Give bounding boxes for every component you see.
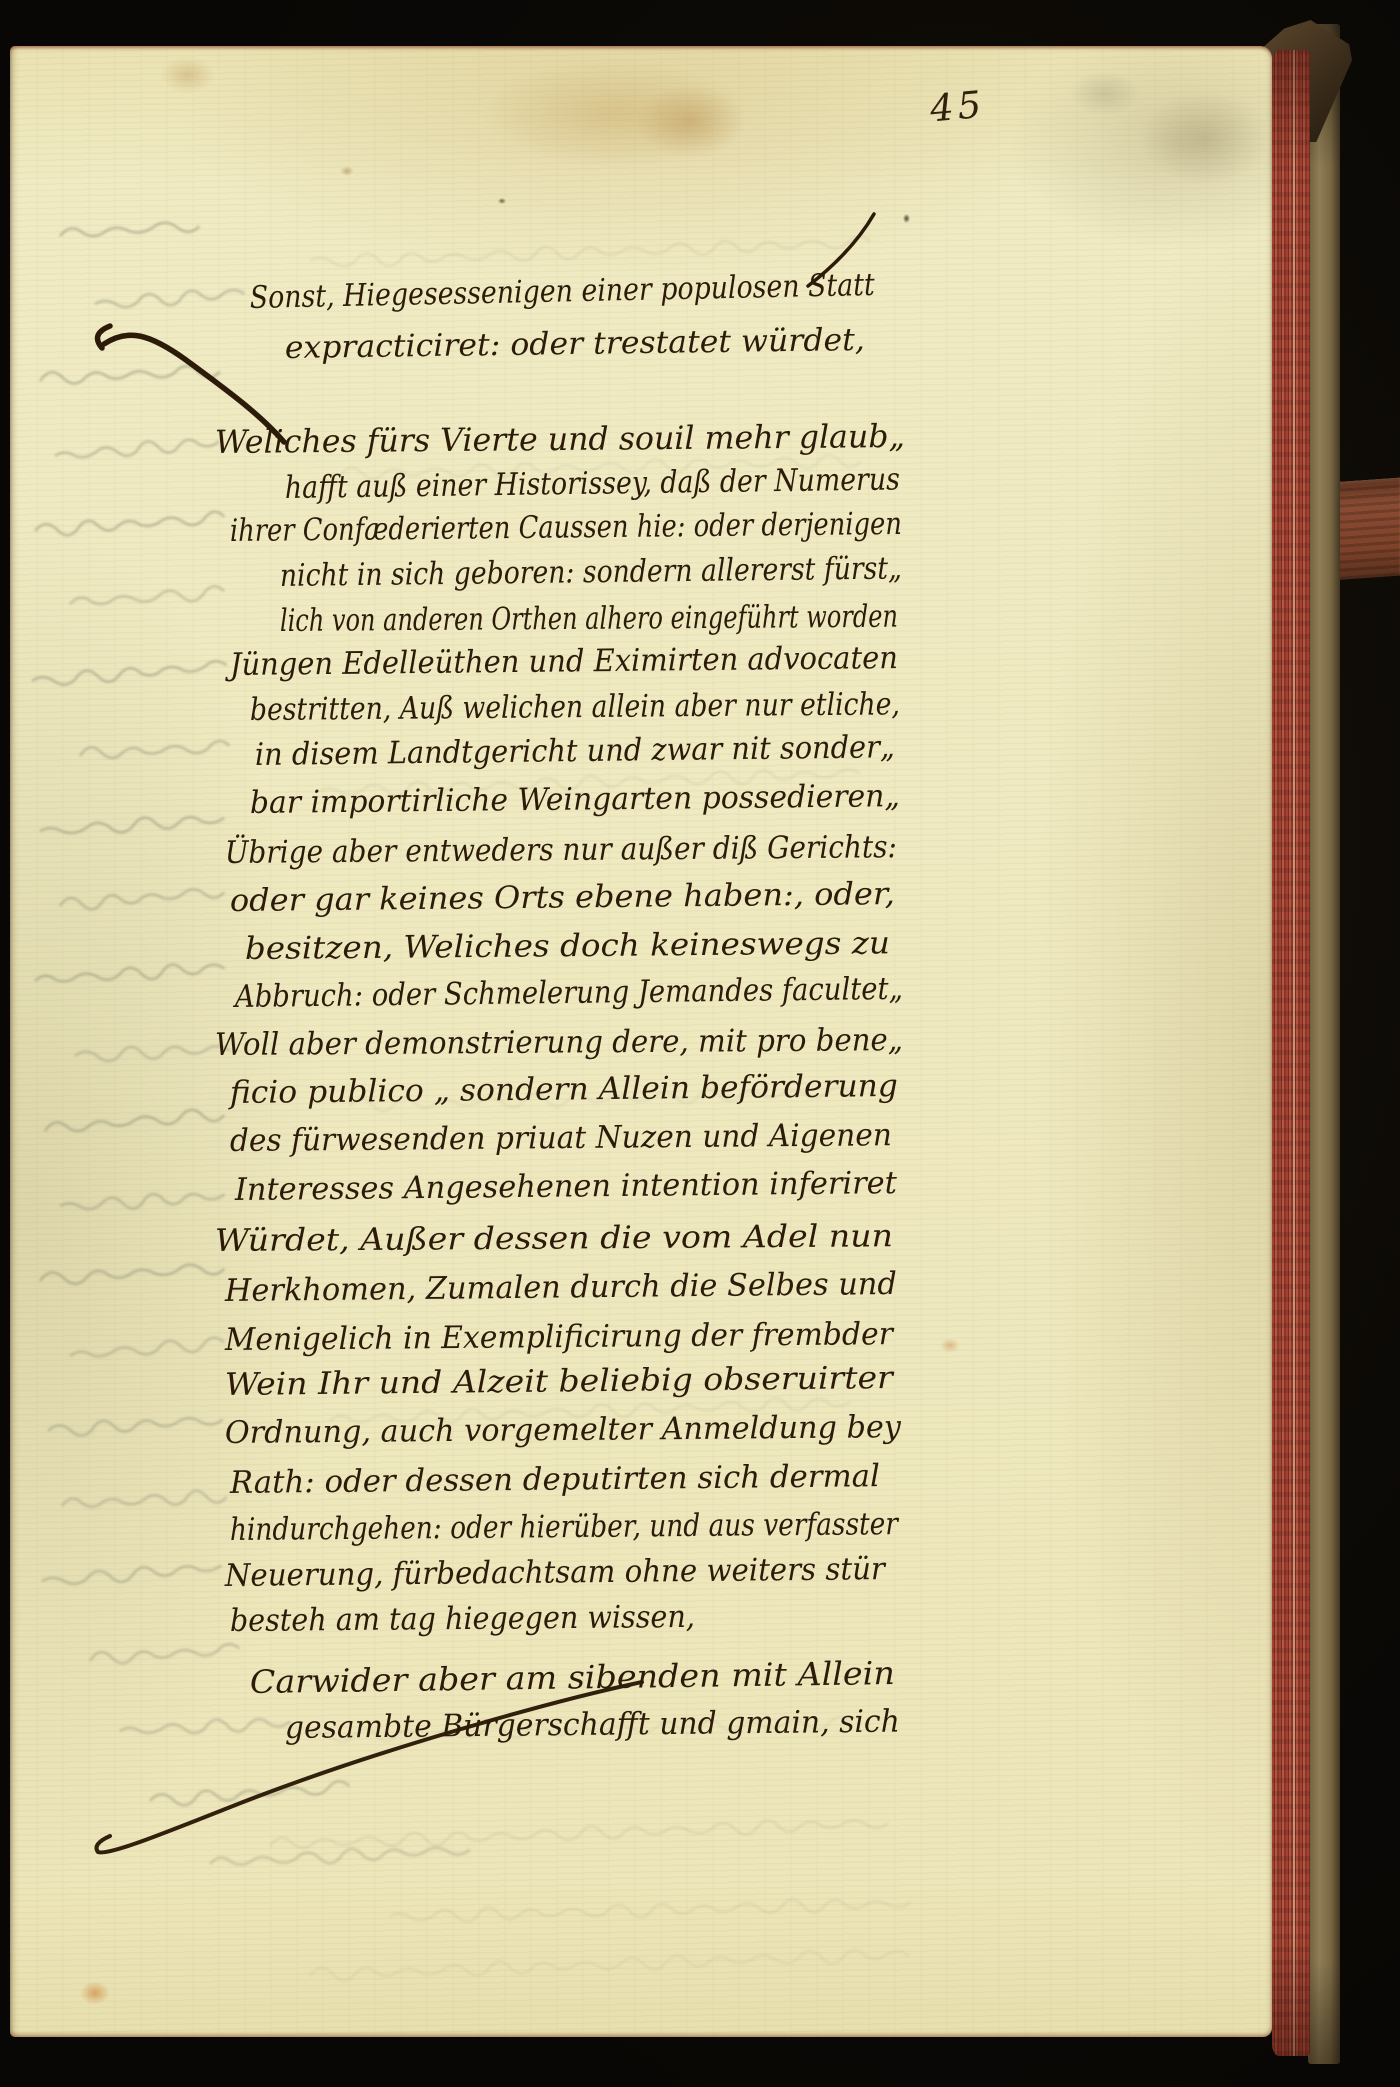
manuscript-line: oder gar keines Orts ebene haben:, oder, xyxy=(230,876,895,919)
ghost-script-stroke xyxy=(60,1189,225,1214)
ghost-script-stroke xyxy=(350,1086,849,1112)
folio-number: 45 xyxy=(928,81,1011,131)
ghost-script-stroke xyxy=(60,220,200,241)
ghost-script-stroke xyxy=(44,1107,224,1136)
manuscript-line: Jüngen Edelleüthen und Eximirten advocat… xyxy=(224,640,898,683)
stain xyxy=(635,84,745,159)
ghost-script-stroke xyxy=(89,1642,239,1665)
ghost-script-stroke xyxy=(150,1781,350,1808)
ghost-script-stroke xyxy=(32,658,228,688)
manuscript-line: besitzen, Weliches doch keineswegs zu xyxy=(245,925,890,967)
manuscript-line: ficio publico „ sondern Allein beförderu… xyxy=(228,1068,898,1111)
manuscript-page: Sonst, Hiegesessenigen einer populosen S… xyxy=(10,46,1272,2037)
manuscript-line: Abbruch: oder Schmelerung Jemandes facul… xyxy=(232,971,903,1015)
ghost-script-stroke xyxy=(310,236,870,269)
ghost-script-stroke xyxy=(330,1396,851,1427)
manuscript-line: Wein Ihr und Alzeit beliebig obseruirter xyxy=(225,1360,896,1403)
ghost-script-stroke xyxy=(120,1716,291,1738)
manuscript-line: bestritten, Auß welichen allein aber nur… xyxy=(250,686,900,728)
ghost-script-stroke xyxy=(48,1413,224,1438)
ghost-script-stroke xyxy=(210,1843,471,1870)
ink-speck xyxy=(903,214,910,223)
manuscript-line: Neuerung, fürbedachtsam ohne weiters stü… xyxy=(224,1551,887,1594)
ghost-script-stroke xyxy=(80,740,230,759)
ghost-script-stroke xyxy=(62,1489,227,1510)
stain xyxy=(1070,71,1140,116)
ghost-script-stroke xyxy=(40,363,220,386)
manuscript-line: Würdet, Außer dessen die vom Adel nun xyxy=(215,1218,893,1259)
ghost-script-stroke xyxy=(40,812,225,838)
ghost-script-stroke xyxy=(95,286,245,312)
manuscript-line: Ordnung, auch vorgemelter Anmeldung bey xyxy=(225,1409,902,1451)
stain xyxy=(1140,91,1270,186)
manuscript-line: lich von anderen Orthen alhero eingeführ… xyxy=(280,599,898,639)
ghost-script-stroke xyxy=(54,435,219,462)
manuscript-line: hafft auß einer Historissey, daß der Num… xyxy=(285,461,900,506)
descender-flourish xyxy=(97,1682,643,1852)
stain xyxy=(80,1981,110,2005)
ghost-script-stroke xyxy=(310,1947,910,1981)
manuscript-line: Menigelich in Exemplificirung der frembd… xyxy=(224,1316,895,1358)
stain xyxy=(160,56,215,94)
manuscript-line: Weliches fürs Vierte und souil mehr glau… xyxy=(215,417,905,461)
manuscript-line: expracticiret: oder trestatet würdet, xyxy=(285,322,865,366)
ghost-script-stroke xyxy=(270,1816,889,1851)
ghost-script-stroke xyxy=(310,1716,850,1744)
stain xyxy=(340,166,354,176)
manuscript-line: des fürwesenden priuat Nuzen und Aigenen xyxy=(230,1117,892,1159)
manuscript-line: gesambte Bürgerschafft und gmain, sich xyxy=(285,1704,900,1746)
ghost-script-stroke xyxy=(35,511,225,537)
photograph-background: { "page": { "folio_number": "45", "manus… xyxy=(0,0,1400,2087)
manuscript-line: Übrige aber entweders nur außer diß Geri… xyxy=(225,827,897,871)
manuscript-line: nicht in sich geboren: sondern allererst… xyxy=(280,550,902,594)
ghost-script-stroke xyxy=(340,454,861,481)
red-fore-edge-pages xyxy=(1272,50,1310,2056)
line-end-flourish xyxy=(808,214,874,286)
manuscript-line: hindurchgehen: oder hierüber, und aus ve… xyxy=(230,1506,900,1548)
manuscript-text-block: Sonst, Hiegesessenigen einer populosen S… xyxy=(10,46,1272,2037)
stain xyxy=(940,1338,960,1353)
manuscript-line: besteh am tag hiegegen wissen, xyxy=(230,1599,695,1639)
ghost-script-stroke xyxy=(39,1260,224,1286)
stain xyxy=(480,58,750,168)
ghost-script-stroke xyxy=(42,1560,222,1589)
ink-speck xyxy=(498,198,506,204)
bleed-through-ghost-text xyxy=(10,46,1272,2037)
ghost-script-stroke xyxy=(320,766,860,798)
ink-flourishes xyxy=(97,214,875,1852)
ghost-script-stroke xyxy=(69,586,224,610)
ghost-script-stroke xyxy=(35,961,225,987)
manuscript-line: Woll aber demonstrierung dere, mit pro b… xyxy=(215,1022,903,1063)
book-binding-strip xyxy=(1308,24,1340,2064)
manuscript-line: Rath: oder dessen deputirten sich dermal xyxy=(229,1458,880,1501)
initial-w-swash xyxy=(98,326,285,442)
manuscript-line: ihrer Confæderierten Caussen hie: oder d… xyxy=(230,506,902,549)
ghost-script-stroke xyxy=(69,1336,224,1363)
manuscript-line: Interesses Angesehenen intention inferir… xyxy=(234,1165,898,1208)
manuscript-line: in disem Landtgericht und zwar nit sonde… xyxy=(255,729,895,773)
ghost-script-stroke xyxy=(390,1897,911,1924)
manuscript-line: Carwider aber am sibenden mit Allein xyxy=(250,1654,895,1701)
ghost-script-stroke xyxy=(59,885,224,912)
manuscript-line: bar importirliche Weingarten possedieren… xyxy=(250,778,900,821)
bookmark-ribbon xyxy=(1330,478,1400,581)
manuscript-line: Herkhomen, Zumalen durch die Selbes und xyxy=(224,1266,897,1309)
ghost-script-stroke xyxy=(75,1042,230,1063)
manuscript-line: Sonst, Hiegesessenigen einer populosen S… xyxy=(249,267,875,316)
